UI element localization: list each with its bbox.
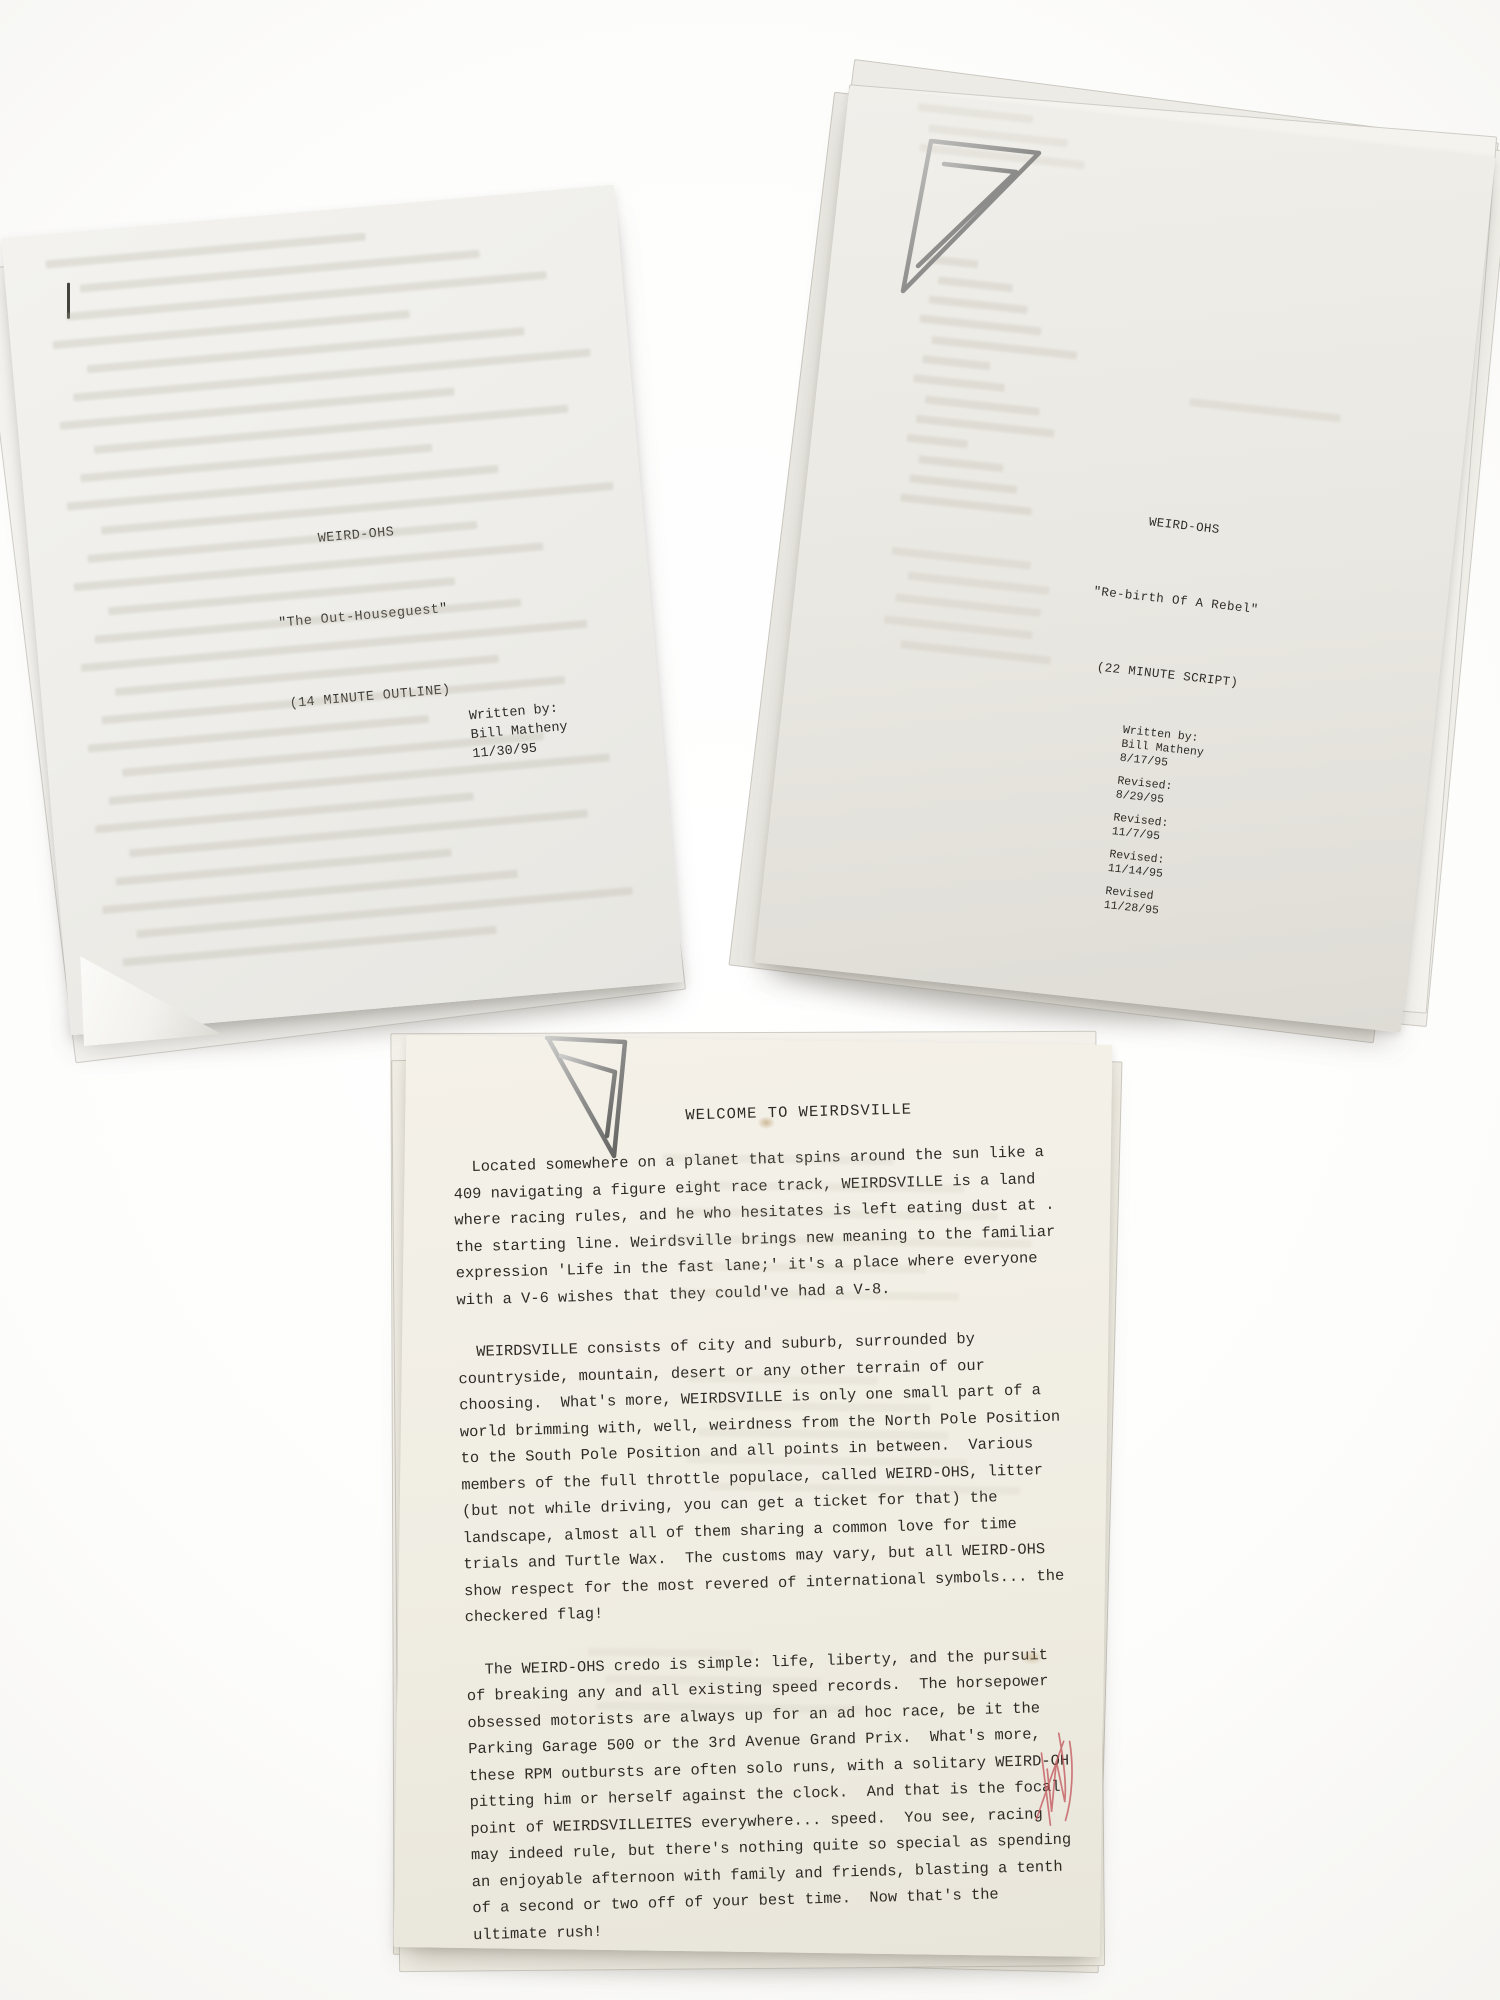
- credit-group: Revised: 11/14/95: [1107, 848, 1192, 885]
- bleed-through-text: [686, 1374, 1068, 1514]
- paper-stain: [1020, 1650, 1044, 1665]
- credit-group: Written by: Bill Matheny 8/17/95: [1119, 724, 1206, 775]
- script-document-stack: WEIRD-OHS "Re-birth Of A Rebel" (22 MINU…: [800, 120, 1450, 1000]
- bleed-through-text: [661, 1154, 1083, 1322]
- paper-clip: [886, 128, 1071, 308]
- welcome-front-page: WELCOME TO WEIRDSVILLE Located somewhere…: [394, 1035, 1113, 1957]
- red-pencil-scribble: [1027, 1723, 1101, 1851]
- paper-clip: [535, 1028, 650, 1173]
- credit-group: Revised: 11/7/95: [1111, 811, 1196, 848]
- bleed-through-text: [587, 1648, 888, 1733]
- credit-group: Revised 11/28/95: [1103, 885, 1188, 922]
- outline-front-page: WEIRD-OHS "The Out-Houseguest" (14 MINUT…: [1, 185, 683, 1036]
- bleed-through-text: [45, 214, 642, 987]
- outline-document-stack: WEIRD-OHS "The Out-Houseguest" (14 MINUT…: [35, 210, 650, 1010]
- credit-group: Revised: 8/29/95: [1115, 774, 1200, 811]
- bleed-through-text: [1188, 398, 1354, 436]
- paper-stain: [757, 1116, 775, 1129]
- photo-background: WEIRD-OHS "The Out-Houseguest" (14 MINUT…: [0, 0, 1500, 2000]
- welcome-document-stack: WELCOME TO WEIRDSVILLE Located somewhere…: [400, 1040, 1106, 1952]
- script-front-page: WEIRD-OHS "Re-birth Of A Rebel" (22 MINU…: [754, 87, 1495, 1032]
- script-credits: Written by: Bill Matheny 8/17/95 Revised…: [1102, 724, 1206, 931]
